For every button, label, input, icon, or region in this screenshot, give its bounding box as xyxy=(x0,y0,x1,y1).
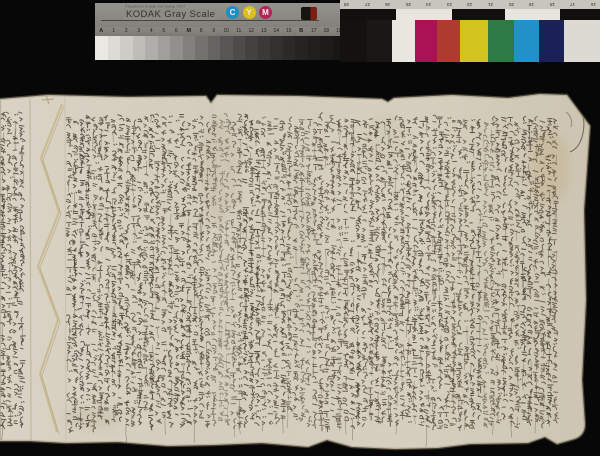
photo-stage: ©Eastman Kodak Company, 1977 KODAK Gray … xyxy=(0,0,600,456)
manuscript-photo xyxy=(0,0,600,456)
